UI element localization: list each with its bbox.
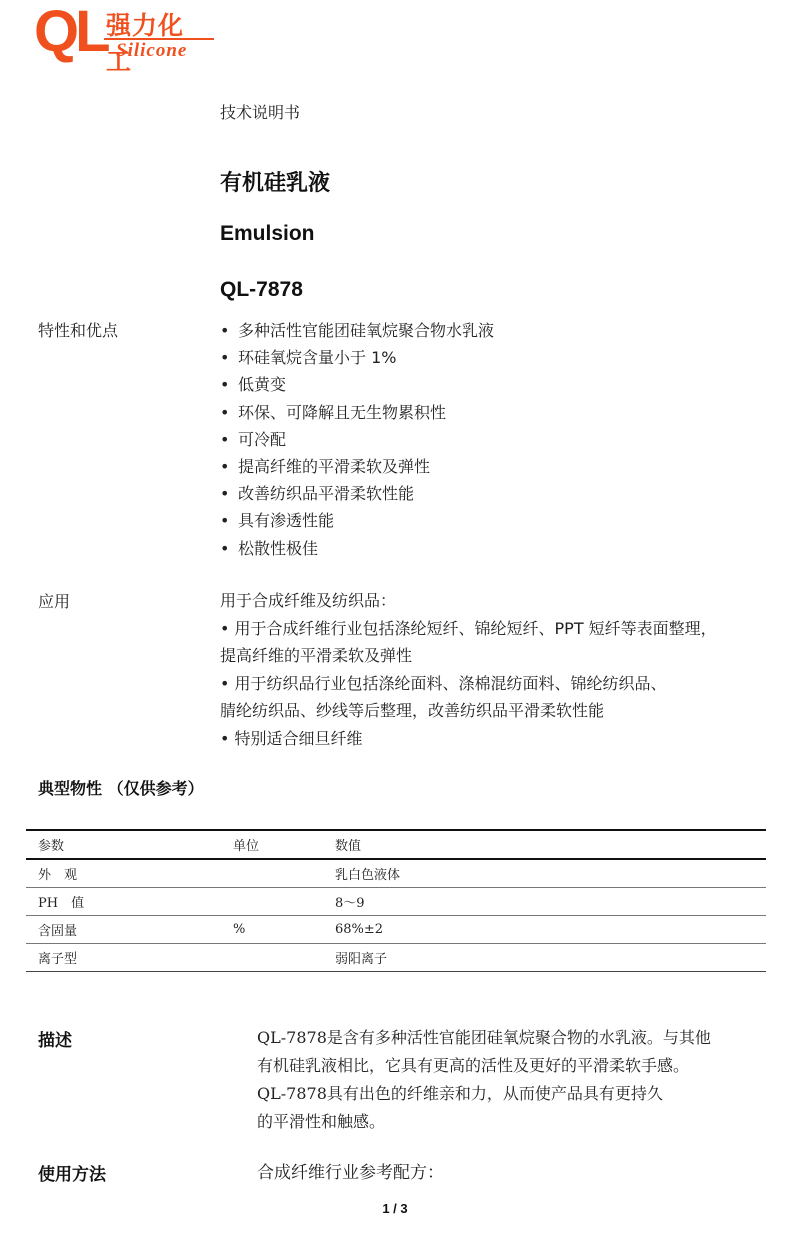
list-item: •环硅氧烷含量小于 1% <box>220 344 494 371</box>
bullet-icon: • <box>220 344 238 371</box>
list-item: •多种活性官能团硅氧烷聚合物水乳液 <box>220 317 494 344</box>
table-row: 含固量 % 68%±2 <box>26 916 766 944</box>
bullet-icon: • <box>220 317 238 344</box>
list-item: •提高纤维的平滑柔软及弹性 <box>220 453 494 480</box>
application-text: 用于合成纤维及纺织品： • 用于合成纤维行业包括涤纶短纤、锦纶短纤、PPT 短纤… <box>220 587 765 752</box>
logo-letters: QL <box>34 2 107 62</box>
application-line: • 特别适合细旦纤维 <box>220 725 765 753</box>
features-label: 特性和优点 <box>38 318 118 341</box>
application-line: 提高纤维的平滑柔软及弹性 <box>220 642 765 670</box>
list-item: •松散性极佳 <box>220 535 494 562</box>
description-label: 描述 <box>38 1026 72 1051</box>
column-header: 参数 <box>26 830 221 859</box>
bullet-icon: • <box>220 480 238 507</box>
cell-parameter: 离子型 <box>26 944 221 972</box>
list-item: •具有渗透性能 <box>220 507 494 534</box>
bullet-icon: • <box>220 535 238 562</box>
table-row: PH 值 8～9 <box>26 888 766 916</box>
description-line: 有机硅乳液相比，它具有更高的活性及更好的平滑柔软手感。 <box>257 1052 767 1080</box>
application-intro: 用于合成纤维及纺织品： <box>220 587 765 615</box>
usage-text: 合成纤维行业参考配方： <box>257 1158 444 1183</box>
list-item: •低黄变 <box>220 371 494 398</box>
cell-value: 8～9 <box>323 888 766 916</box>
cell-unit <box>221 859 323 888</box>
usage-label: 使用方法 <box>38 1160 106 1185</box>
company-logo: QL 强力化工 Silicone <box>34 2 204 64</box>
table-row: 外 观 乳白色液体 <box>26 859 766 888</box>
cell-unit <box>221 888 323 916</box>
typical-properties-table: 参数 单位 数值 外 观 乳白色液体 PH 值 8～9 含固量 % 68%±2 … <box>26 829 766 972</box>
product-name-cn: 有机硅乳液 <box>220 166 330 197</box>
cell-value: 乳白色液体 <box>323 859 766 888</box>
application-label: 应用 <box>38 589 70 612</box>
logo-english-name: Silicone <box>116 40 187 62</box>
table-header-row: 参数 单位 数值 <box>26 830 766 859</box>
description-line: QL-7878具有出色的纤维亲和力，从而使产品具有更持久 <box>257 1080 767 1108</box>
application-line: • 用于合成纤维行业包括涤纶短纤、锦纶短纤、PPT 短纤等表面整理， <box>220 615 765 643</box>
description-line: 的平滑性和触感。 <box>257 1108 767 1136</box>
bullet-icon: • <box>220 399 238 426</box>
cell-parameter: 外 观 <box>26 859 221 888</box>
cell-unit <box>221 944 323 972</box>
column-header: 单位 <box>221 830 323 859</box>
cell-value: 68%±2 <box>323 916 766 944</box>
cell-value: 弱阳离子 <box>323 944 766 972</box>
product-code: QL-7878 <box>220 278 303 302</box>
bullet-icon: • <box>220 453 238 480</box>
list-item: •环保、可降解且无生物累积性 <box>220 399 494 426</box>
product-name-en: Emulsion <box>220 222 315 246</box>
document-type: 技术说明书 <box>220 100 300 123</box>
cell-parameter: 含固量 <box>26 916 221 944</box>
list-item: •可冷配 <box>220 426 494 453</box>
column-header: 数值 <box>323 830 766 859</box>
application-line: • 用于纺织品行业包括涤纶面料、涤棉混纺面料、锦纶纺织品、 <box>220 670 765 698</box>
bullet-icon: • <box>220 426 238 453</box>
bullet-icon: • <box>220 507 238 534</box>
features-list: •多种活性官能团硅氧烷聚合物水乳液 •环硅氧烷含量小于 1% •低黄变 •环保、… <box>220 317 494 562</box>
list-item: •改善纺织品平滑柔软性能 <box>220 480 494 507</box>
cell-unit: % <box>221 916 323 944</box>
application-line: 腈纶纺织品、纱线等后整理，改善纺织品平滑柔软性能 <box>220 697 765 725</box>
bullet-icon: • <box>220 371 238 398</box>
page-number: 1 / 3 <box>0 1201 790 1216</box>
description-text: QL-7878是含有多种活性官能团硅氧烷聚合物的水乳液。与其他 有机硅乳液相比，… <box>257 1024 767 1136</box>
cell-parameter: PH 值 <box>26 888 221 916</box>
typical-properties-title: 典型物性 （仅供参考） <box>38 776 204 799</box>
table-row: 离子型 弱阳离子 <box>26 944 766 972</box>
description-line: QL-7878是含有多种活性官能团硅氧烷聚合物的水乳液。与其他 <box>257 1024 767 1052</box>
